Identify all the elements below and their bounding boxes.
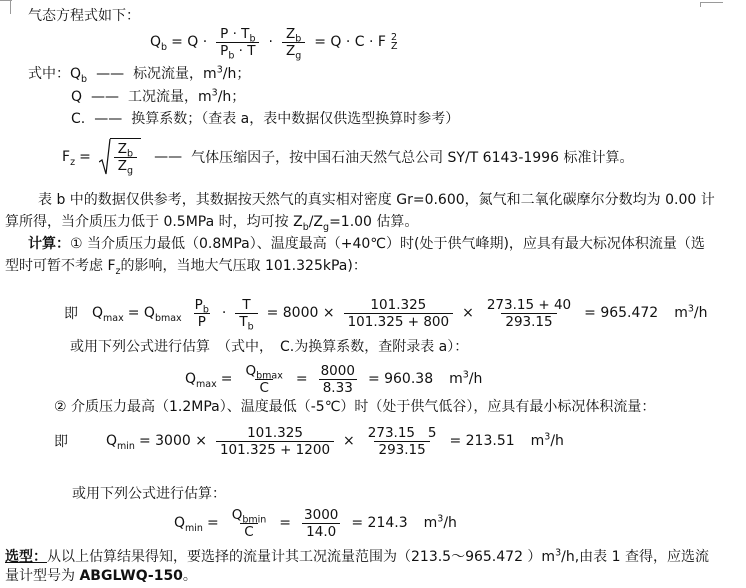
calc-paragraph-line1: 计算：① 当介质压力最低（0.8MPa）、温度最高（+40℃）时(处于供气峰期)… (28, 236, 705, 252)
result-value: = 960.38 (368, 371, 433, 387)
fraction-number: 8000 8.33 (317, 363, 359, 396)
fraction-denominator: 14.0 (302, 523, 340, 540)
fraction-denominator: Pb · T (216, 42, 259, 59)
formula-token: = Q · (171, 34, 207, 50)
formula-token: · (222, 305, 226, 321)
definition-text: 标况流量，m (133, 66, 217, 82)
fraction-denominator: 8.33 (319, 379, 357, 396)
fraction-numerator: 3000 (300, 507, 342, 523)
estimate-note-2: 或用下列公式进行估算： (72, 486, 226, 502)
result-value: = 214.3 (351, 515, 407, 531)
selection-text: 从以上估算结果得知，要选择的流量计其工况流量范围为（213.5～965.472 … (47, 549, 555, 565)
formula-token: = (221, 371, 233, 387)
estimate-text: 或用下列公式进行估算： (72, 486, 226, 502)
fraction-numerator: 273.15 + 40 (483, 297, 575, 313)
subscript: b (81, 74, 87, 85)
fraction-numerator: Qbmin (228, 507, 271, 523)
intro-line: 气态方程式如下： (28, 8, 140, 24)
fraction-denominator: 101.325 + 1200 (216, 441, 334, 458)
definition-fz: Fz = Zb Zg —— 气体压缩因子，按中国石油天然气总公司 SY/T 61… (62, 136, 633, 178)
fraction-numerator: Qbmax (241, 363, 286, 379)
qmin-symbol: Qmin (174, 515, 203, 531)
fraction-denominator: 101.325 + 800 (344, 313, 454, 330)
unit-m3h: m3/h (424, 515, 457, 531)
boundary-mark-top-right-horizontal (700, 2, 723, 3)
selection-paragraph-line2: 量计型号为 ABGLWQ-150。 (5, 568, 197, 584)
definition-dash: —— (91, 89, 119, 105)
subscript: max (196, 379, 217, 390)
subscript: z (70, 157, 75, 168)
unit-m3h: m3/h (531, 433, 564, 449)
fraction-z: Zb Zg (114, 141, 137, 174)
selection-text: /h,由表 1 查得，应选流 (561, 549, 709, 565)
calc-label: 计算： (28, 236, 70, 252)
formula-token: = Q · C · F (314, 34, 386, 50)
flowmeter-model: ABGLWQ-150 (79, 568, 182, 584)
fraction-number: 3000 14.0 (300, 507, 342, 540)
fraction-temperature: 273.15 5 293.15 (364, 425, 441, 458)
fraction-qbmax-c: Qbmax C (241, 363, 286, 396)
fraction-numerator: Pb (191, 297, 213, 313)
fraction-temperature: 273.15 + 40 293.15 (483, 297, 575, 330)
estimate-text: 或用下列公式进行估算 （式中， C.为换算系数，查附录表 a）： (70, 339, 468, 355)
calc-text: ① 当介质压力最低（0.8MPa）、温度最高（+40℃）时(处于供气峰期)，应具… (70, 236, 705, 252)
formula-token: = (279, 515, 291, 531)
formula-token: = 3000 × (139, 433, 207, 449)
calc-text: 的影响，当地大气压取 101.325kPa)： (121, 258, 367, 274)
qmax-symbol: Qmax (92, 305, 124, 321)
definition-text: 换算系数；（查表 a，表中数据仅供选型换算时参考） (131, 111, 459, 127)
note-paragraph-line1: 表 b 中的数据仅供参考，其数据按天然气的真实相对密度 Gr=0.600，氮气和… (38, 192, 715, 208)
selection-text: 。 (183, 568, 197, 584)
fraction-pb-p: Pb P (191, 297, 213, 330)
fraction-qbmin-c: Qbmin C (228, 507, 271, 540)
fraction-numerator: 273.15 5 (364, 425, 441, 441)
qmin-equation: 即 Qmin = 3000 × 101.325 101.325 + 1200 ×… (54, 419, 564, 463)
definition-dash: —— (94, 111, 122, 127)
boundary-mark-top-right-tick (700, 2, 701, 7)
fraction-denominator: 293.15 (374, 441, 429, 458)
formula-token: × (462, 305, 474, 321)
subscript: b (161, 42, 167, 53)
formula-token: = Qbmax (128, 305, 182, 321)
note-text: 表 b 中的数据仅供参考，其数据按天然气的真实相对密度 Gr=0.600，氮气和… (38, 192, 715, 208)
subscript: max (103, 313, 124, 324)
fraction-p-t: P · Tb Pb · T (216, 26, 259, 59)
subscript: g (295, 50, 301, 61)
qmax-symbol: Qmax (185, 371, 217, 387)
boundary-mark-top-left-vertical (10, 0, 11, 14)
result-value: = 965.472 (584, 305, 658, 321)
formula-token: × (343, 433, 355, 449)
unit-m3h: m3/h (449, 371, 482, 387)
formula-token: = (79, 149, 91, 165)
formula-token: Q (150, 34, 161, 50)
fraction-numerator: 8000 (317, 363, 359, 379)
document-page: 气态方程式如下： Qb = Q · P · Tb Pb · T · Zb Zg … (0, 0, 746, 588)
subscript: bmax (155, 313, 182, 324)
subscript: min (185, 523, 203, 534)
fraction-z: Zb Zg (282, 26, 305, 59)
definition-c: C.——换算系数；（查表 a，表中数据仅供选型换算时参考） (71, 111, 459, 127)
square-root: Zb Zg (99, 138, 141, 176)
fraction-denominator: P (194, 313, 210, 330)
fraction-denominator: 293.15 (501, 313, 556, 330)
symbol: Q (70, 66, 81, 82)
fz-symbol: Fz (62, 149, 75, 165)
main-equation: Qb = Q · P · Tb Pb · T · Zb Zg = Q · C ·… (150, 24, 397, 60)
calc-paragraph-line2: 型时可暂不考虑 Fz的影响，当地大气压取 101.325kPa)： (5, 258, 367, 274)
subscript: b (248, 321, 254, 332)
ji-label: 即 (64, 303, 78, 323)
selection-text: 量计型号为 (5, 568, 79, 584)
fraction-numerator: T (238, 297, 254, 313)
estimate-note-1: 或用下列公式进行估算 （式中， C.为换算系数，查附录表 a）： (70, 339, 468, 355)
note-text: /Z (309, 214, 323, 230)
definition-text: /h； (218, 89, 246, 105)
fraction-numerator: Zb (282, 26, 305, 42)
radicand: Zb Zg (110, 138, 141, 174)
calc-text: 型时可暂不考虑 F (5, 258, 116, 274)
ji-label: 即 (54, 431, 68, 451)
definitions-label: 式中： (28, 66, 70, 82)
definition-dash: —— (154, 149, 182, 165)
fraction-t-tb: T Tb (235, 297, 257, 330)
fraction-pressure: 101.325 101.325 + 800 (344, 297, 454, 330)
fraction-denominator: Zg (282, 42, 305, 59)
fraction-numerator: 101.325 (366, 297, 430, 313)
symbol: Q (71, 89, 82, 105)
fraction-pressure: 101.325 101.325 + 1200 (216, 425, 334, 458)
fraction-denominator: Tb (235, 313, 257, 330)
definition-dash: —— (96, 66, 124, 82)
fz-squared-symbol: 2 Z (391, 33, 398, 51)
symbol: C. (71, 111, 85, 127)
qmin-symbol: Qmin (106, 433, 135, 449)
qmin-estimate-equation: Qmin = Qbmin C = 3000 14.0 = 214.3 m3/h (174, 501, 457, 545)
definition-q: Q——工况流量，m3/h； (71, 89, 245, 105)
definition-text: 气体压缩因子，按中国石油天然气总公司 SY/T 6143-1996 标准计算。 (191, 147, 633, 167)
unit-m3h: m3/h (674, 305, 707, 321)
fraction-numerator: 101.325 (243, 425, 307, 441)
note-text: 算所得，当介质压力低于 0.5MPa 时，均可按 Z (5, 214, 303, 230)
formula-token: = (207, 515, 219, 531)
formula-token: = (296, 371, 308, 387)
definition-text: /h； (223, 66, 251, 82)
subscript: g (127, 166, 133, 177)
subscript: min (117, 441, 135, 452)
case2-paragraph: ② 介质压力最高（1.2MPa）、温度最低（-5℃）时（处于供气低谷），应具有最… (54, 399, 655, 415)
formula-token: · (268, 34, 272, 50)
case2-text: ② 介质压力最高（1.2MPa）、温度最低（-5℃）时（处于供气低谷），应具有最… (54, 399, 655, 415)
formula-token: = 8000 × (267, 305, 335, 321)
fraction-denominator: C (240, 523, 257, 540)
qmax-estimate-equation: Qmax = Qbmax C = 8000 8.33 = 960.38 m3/h (185, 357, 482, 401)
subscript: Z (391, 42, 398, 51)
selection-label: 选型： (5, 549, 47, 565)
definition-text: 工况流量，m (128, 89, 212, 105)
fraction-denominator: C (255, 379, 272, 396)
fraction-denominator: Zg (114, 157, 137, 174)
definition-qb: 式中：Qb——标况流量，m3/h； (28, 66, 250, 82)
note-text: =1.00 估算。 (329, 214, 418, 230)
fraction-numerator: Zb (114, 141, 137, 157)
intro-text: 气态方程式如下： (28, 8, 140, 24)
note-paragraph-line2: 算所得，当介质压力低于 0.5MPa 时，均可按 Zb/Zg=1.00 估算。 (5, 214, 418, 230)
result-value: = 213.51 (449, 433, 514, 449)
fraction-numerator: P · Tb (216, 26, 259, 42)
qb-symbol: Qb (150, 34, 167, 50)
qmax-equation: 即 Qmax = Qbmax Pb P · T Tb = 8000 × 101.… (64, 291, 708, 335)
selection-paragraph-line1: 选型：从以上估算结果得知，要选择的流量计其工况流量范围为（213.5～965.4… (5, 549, 709, 565)
